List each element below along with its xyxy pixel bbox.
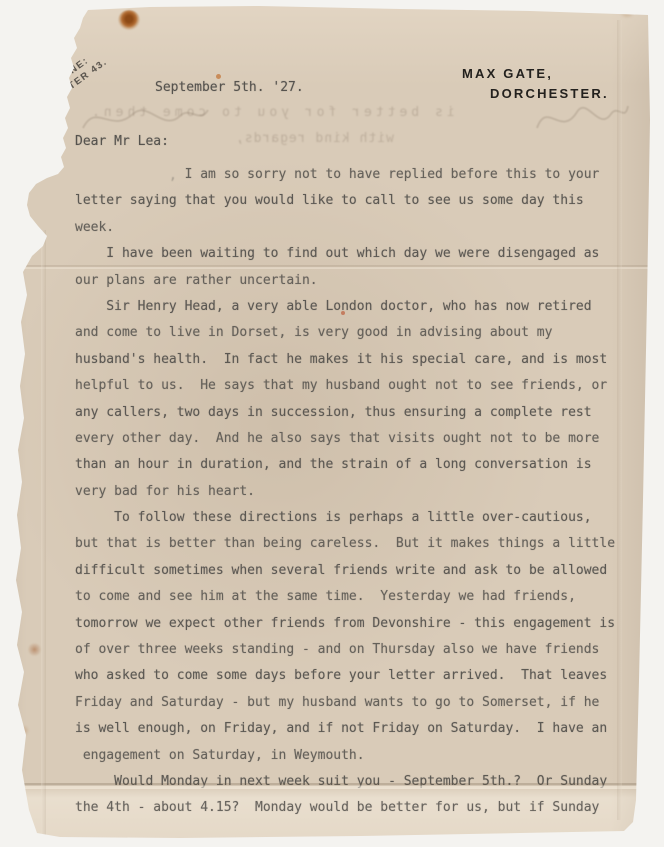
body-line: tomorrow we expect other friends from De… bbox=[75, 611, 635, 637]
body-line: To follow these directions is perhaps a … bbox=[75, 505, 635, 531]
scan-background: ONE: STER 43. MAX GATE, DORCHESTER. Sept… bbox=[0, 0, 664, 847]
letter-body: I am so sorry not to have replied before… bbox=[75, 162, 635, 822]
body-line: Friday and Saturday - but my husband wan… bbox=[75, 690, 635, 716]
body-line: who asked to come some days before your … bbox=[75, 663, 635, 689]
telephone-stamp: ONE: STER 43. bbox=[53, 47, 110, 98]
body-line: but that is better than being careless. … bbox=[75, 531, 635, 557]
bleedthrough-text-line2: with kind regards, bbox=[235, 131, 394, 146]
body-line: any callers, two days in succession, thu… bbox=[75, 400, 635, 426]
body-line: very bad for his heart. bbox=[75, 479, 635, 505]
letter-page: ONE: STER 43. MAX GATE, DORCHESTER. Sept… bbox=[0, 0, 664, 847]
body-line: engagement on Saturday, in Weymouth. bbox=[75, 743, 635, 769]
ink-stain-top bbox=[118, 10, 140, 30]
salutation: Dear Mr Lea: bbox=[75, 134, 169, 149]
body-line: and come to live in Dorset, is very good… bbox=[75, 320, 635, 346]
fold-crease-lower bbox=[0, 783, 664, 789]
letter-date: September 5th. '27. bbox=[155, 80, 304, 95]
fold-crease-upper bbox=[0, 265, 664, 269]
body-line: of over three weeks standing - and on Th… bbox=[75, 637, 635, 663]
body-line: to come and see him at the same time. Ye… bbox=[75, 584, 635, 610]
body-line: I am so sorry not to have replied before… bbox=[75, 162, 635, 188]
body-line: helpful to us. He says that my husband o… bbox=[75, 373, 635, 399]
body-line: I have been waiting to find out which da… bbox=[75, 241, 635, 267]
body-line: our plans are rather uncertain. bbox=[75, 268, 635, 294]
body-line: husband's health. In fact he makes it hi… bbox=[75, 347, 635, 373]
body-line: is well enough, on Friday, and if not Fr… bbox=[75, 716, 635, 742]
body-line: letter saying that you would like to cal… bbox=[75, 188, 635, 214]
letterhead-address-line1: MAX GATE, bbox=[462, 66, 553, 81]
ink-stain-top-right bbox=[618, 3, 636, 18]
body-line: the 4th - about 4.15? Monday would be be… bbox=[75, 795, 635, 821]
ink-stain-left-upper bbox=[27, 643, 42, 656]
ink-fleck-near-date bbox=[216, 74, 221, 79]
body-line: week. bbox=[75, 215, 635, 241]
body-line: than an hour in duration, and the strain… bbox=[75, 452, 635, 478]
body-line: every other day. And he also says that v… bbox=[75, 426, 635, 452]
ink-stain-left-lower bbox=[17, 725, 30, 736]
body-line: difficult sometimes when several friends… bbox=[75, 558, 635, 584]
fold-crease-left-vertical bbox=[41, 230, 46, 840]
fold-crease-right-vertical bbox=[617, 20, 622, 820]
body-line: Sir Henry Head, a very able London docto… bbox=[75, 294, 635, 320]
